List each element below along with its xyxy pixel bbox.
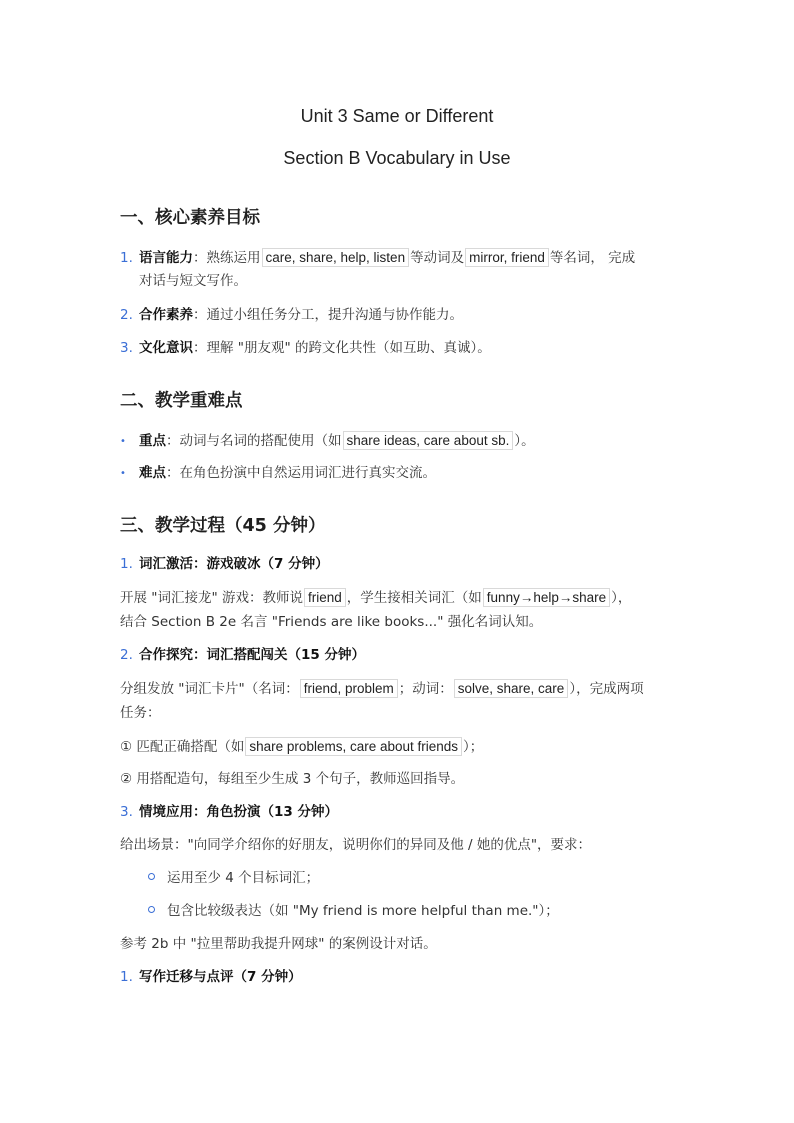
paragraph-text: ；动词：: [399, 681, 453, 697]
goal-text: 等名词， 完成: [550, 250, 635, 266]
paragraph-text: ，学生接相关词汇（如: [347, 590, 482, 606]
document-subtitle: Section B Vocabulary in Use: [0, 148, 794, 169]
document-title: Unit 3 Same or Different: [0, 106, 794, 127]
inline-code-friend: friend: [304, 588, 346, 607]
colon: ：: [193, 340, 207, 356]
requirement-item-2: 包含比较级表达（如 "My friend is more helpful tha…: [148, 902, 559, 920]
step-3-title: 3.情境应用：角色扮演（13 分钟）: [120, 803, 338, 821]
key-point-text: 动词与名词的搭配使用（如: [180, 433, 342, 449]
goal-item-3: 3.文化意识：理解 "朋友观" 的跨文化共性（如互助、真诚）。: [120, 339, 491, 357]
inline-code-verbs: solve, share, care: [454, 679, 569, 698]
circle-bullet-icon: [148, 906, 155, 913]
list-number: 2.: [120, 646, 139, 664]
step-1-title: 1.词汇激活：游戏破冰（7 分钟）: [120, 555, 329, 573]
goal-label: 语言能力: [139, 250, 193, 266]
step-1-paragraph-2: 结合 Section B 2e 名言 "Friends are like boo…: [120, 613, 542, 631]
list-number: 2.: [120, 306, 139, 324]
paragraph-text: ），: [611, 590, 631, 606]
key-point-text: ）。: [514, 433, 534, 449]
inline-code-nouns: mirror, friend: [465, 248, 549, 267]
step-title: 合作探究：词汇搭配闯关（15 分钟）: [139, 647, 365, 663]
colon: ：: [166, 465, 180, 481]
difficult-point-item: •难点：在角色扮演中自然运用词汇进行真实交流。: [120, 464, 436, 483]
paragraph-text: 分组发放 "词汇卡片"（名词：: [120, 681, 299, 697]
goal-text: 等动词及: [410, 250, 464, 266]
inline-code-collocations: share problems, care about friends: [245, 737, 462, 756]
inline-code-nouns: friend, problem: [300, 679, 398, 698]
step-title: 情境应用：角色扮演（13 分钟）: [139, 804, 338, 820]
goal-text: 熟练运用: [207, 250, 261, 266]
task-text: 匹配正确搭配（如: [136, 739, 244, 755]
step-4-title: 1.写作迁移与点评（7 分钟）: [120, 968, 302, 986]
step-3-paragraph-1: 给出场景："向同学介绍你的好朋友，说明你们的异同及他 / 她的优点"，要求：: [120, 836, 591, 854]
list-number: 1.: [120, 249, 139, 267]
paragraph-text: ），完成两项: [569, 681, 643, 697]
key-point-label: 重点: [139, 433, 166, 449]
bullet-icon: •: [120, 465, 139, 483]
colon: ：: [193, 307, 207, 323]
requirement-text: 运用至少 4 个目标词汇；: [167, 870, 319, 886]
list-number: 3.: [120, 339, 139, 357]
goal-item-2: 2.合作素养：通过小组任务分工，提升沟通与协作能力。: [120, 306, 463, 324]
goal-item-1: 1.语言能力：熟练运用care, share, help, listen等动词及…: [120, 248, 635, 267]
list-number: 1.: [120, 968, 139, 986]
step-1-paragraph-1: 开展 "词汇接龙" 游戏：教师说friend，学生接相关词汇（如funny→he…: [120, 588, 631, 607]
difficult-point-label: 难点: [139, 465, 166, 481]
step-2-task-1: ① 匹配正确搭配（如share problems, care about fri…: [120, 737, 483, 756]
inline-code-verbs: care, share, help, listen: [262, 248, 410, 267]
list-number: 1.: [120, 555, 139, 573]
inline-code-chain: funny→help→share: [483, 588, 610, 607]
goal-item-1-cont: 对话与短文写作。: [139, 272, 247, 290]
step-2-task-2: ② 用搭配造句，每组至少生成 3 个句子，教师巡回指导。: [120, 770, 464, 788]
task-text: 用搭配造句，每组至少生成 3 个句子，教师巡回指导。: [136, 771, 464, 787]
step-2-title: 2.合作探究：词汇搭配闯关（15 分钟）: [120, 646, 365, 664]
circled-number-1: ①: [120, 739, 132, 755]
step-2-paragraph-2: 任务：: [120, 704, 161, 722]
circled-number-2: ②: [120, 771, 132, 787]
goal-text: 理解 "朋友观" 的跨文化共性（如互助、真诚）。: [207, 340, 491, 356]
step-title: 写作迁移与点评（7 分钟）: [139, 969, 302, 985]
requirement-item-1: 运用至少 4 个目标词汇；: [148, 869, 319, 887]
section-heading-process: 三、教学过程（45 分钟）: [120, 512, 325, 537]
bullet-icon: •: [120, 433, 139, 451]
step-title: 词汇激活：游戏破冰（7 分钟）: [139, 556, 329, 572]
step-2-paragraph-1: 分组发放 "词汇卡片"（名词：friend, problem；动词：solve,…: [120, 679, 644, 698]
task-text: ）；: [463, 739, 483, 755]
goal-text: 通过小组任务分工，提升沟通与协作能力。: [207, 307, 464, 323]
colon: ：: [166, 433, 180, 449]
requirement-text: 包含比较级表达（如 "My friend is more helpful tha…: [167, 903, 559, 919]
list-number: 3.: [120, 803, 139, 821]
key-point-item: •重点：动词与名词的搭配使用（如share ideas, care about …: [120, 431, 535, 451]
inline-code-collocation: share ideas, care about sb.: [343, 431, 514, 450]
paragraph-text: 开展 "词汇接龙" 游戏：教师说: [120, 590, 303, 606]
document-page: Unit 3 Same or Different Section B Vocab…: [0, 0, 794, 1123]
section-heading-key-points: 二、教学重难点: [120, 387, 243, 412]
circle-bullet-icon: [148, 873, 155, 880]
goal-label: 文化意识: [139, 340, 193, 356]
difficult-point-text: 在角色扮演中自然运用词汇进行真实交流。: [180, 465, 437, 481]
section-heading-goals: 一、核心素养目标: [120, 204, 260, 229]
step-3-paragraph-2: 参考 2b 中 "拉里帮助我提升网球" 的案例设计对话。: [120, 935, 437, 953]
colon: ：: [193, 250, 207, 266]
goal-label: 合作素养: [139, 307, 193, 323]
